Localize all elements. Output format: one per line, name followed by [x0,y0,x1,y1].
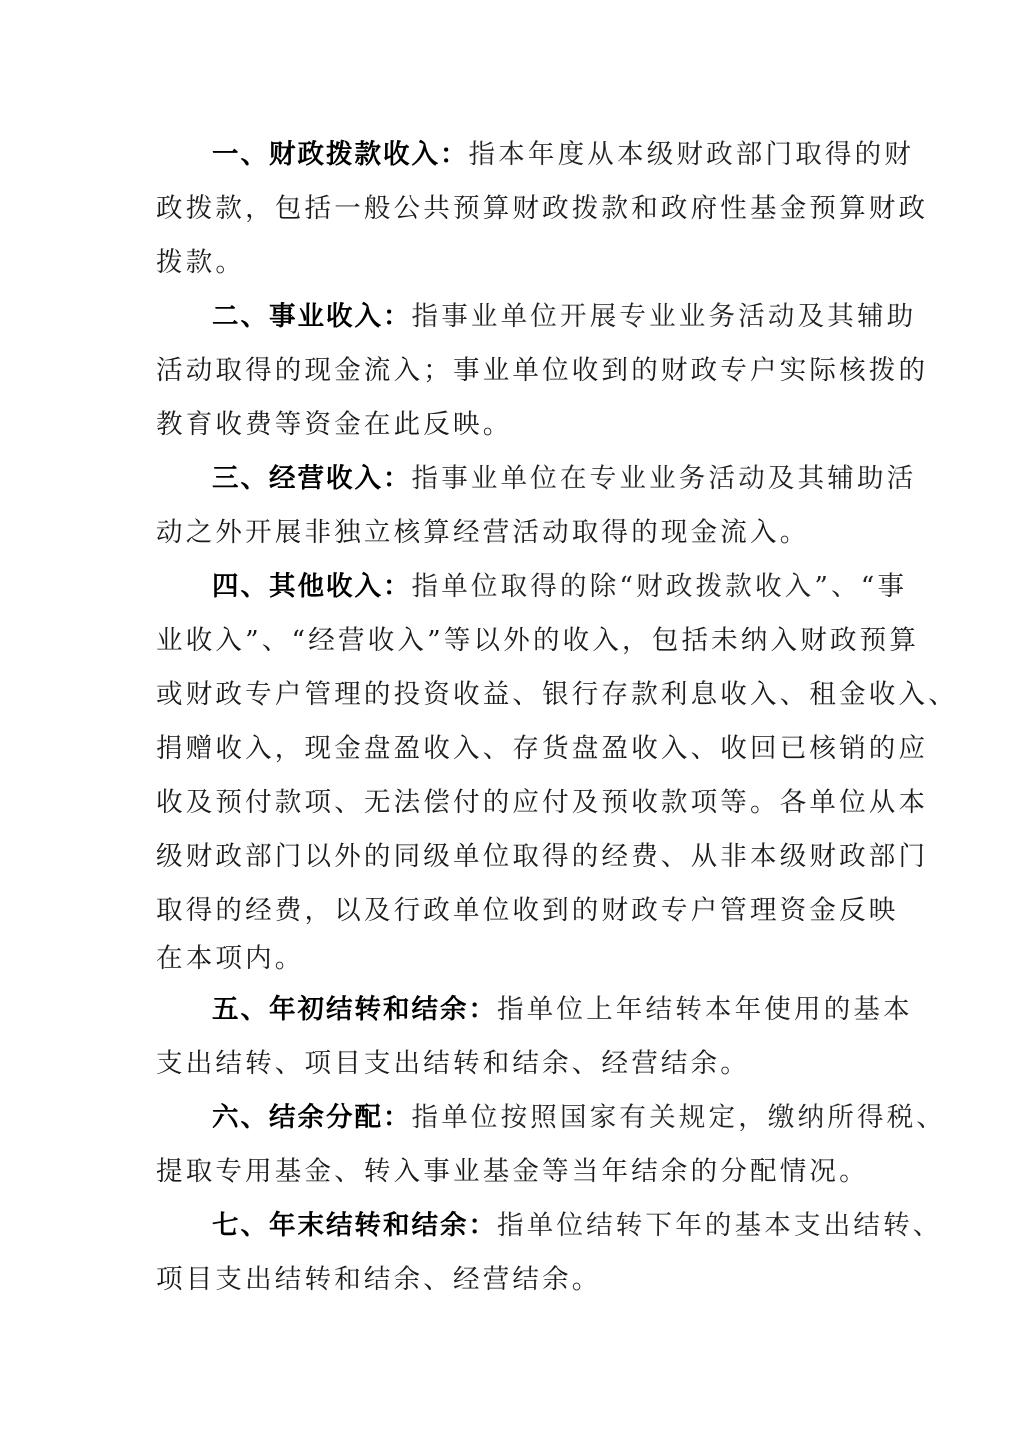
section-4-line-7: 取得的经费，以及行政单位收到的财政专户管理资金反映 [156,884,899,938]
section-1-line-3: 拨款。 [156,236,245,290]
section-5-line-2: 支出结转、项目支出结转和结余、经营结余。 [156,1037,750,1091]
section-5-line-1: 五、年初结转和结余：指单位上年结转本年使用的基本 [212,983,913,1037]
section-1-term: 一、财政拨款收入： [212,139,469,170]
section-2-line-3: 教育收费等资金在此反映。 [156,398,512,452]
section-4-line-2: 业收入”、“经营收入”等以外的收入，包括未纳入财政预算 [156,614,919,668]
section-4-line-5: 收及预付款项、无法偿付的应付及预收款项等。各单位从本 [156,776,928,830]
section-1-line-2: 政拨款，包括一般公共预算财政拨款和政府性基金预算财政 [156,182,928,236]
section-4-line-4: 捐赠收入，现金盘盈收入、存货盘盈收入、收回已核销的应 [156,722,928,776]
section-6-line-2: 提取专用基金、转入事业基金等当年结余的分配情况。 [156,1145,869,1199]
section-5-text: 指单位上年结转本年使用的基本 [497,994,913,1025]
section-7-text: 指单位结转下年的基本支出结转、 [497,1210,943,1241]
section-3-term: 三、经营收入： [212,463,412,494]
section-7-term: 七、年末结转和结余： [212,1210,497,1241]
section-3-line-2: 动之外开展非独立核算经营活动取得的现金流入。 [156,506,809,560]
section-4-term: 四、其他收入： [212,571,412,602]
section-2-line-1: 二、事业收入：指事业单位开展专业业务活动及其辅助 [212,290,916,344]
section-6-term: 六、结余分配： [212,1102,412,1133]
section-2-line-2: 活动取得的现金流入；事业单位收到的财政专户实际核拨的 [156,344,928,398]
section-6-text: 指单位按照国家有关规定，缴纳所得税、 [412,1102,947,1133]
section-5-term: 五、年初结转和结余： [212,994,497,1025]
section-4-line-1: 四、其他收入：指单位取得的除“财政拨款收入”、“事 [212,560,907,614]
section-3-line-1: 三、经营收入：指事业单位在专业业务活动及其辅助活 [212,452,916,506]
section-3-text: 指事业单位在专业业务活动及其辅助活 [412,463,917,494]
section-4-line-6: 级财政部门以外的同级单位取得的经费、从非本级财政部门 [156,830,928,884]
section-4-line-3: 或财政专户管理的投资收益、银行存款利息收入、租金收入、 [156,668,958,722]
section-1-text: 指本年度从本级财政部门取得的财 [469,139,915,170]
section-7-line-2: 项目支出结转和结余、经营结余。 [156,1253,602,1307]
section-1-line-1: 一、财政拨款收入：指本年度从本级财政部门取得的财 [212,128,914,182]
section-4-text: 指单位取得的除“财政拨款收入”、“事 [412,571,908,602]
section-2-text: 指事业单位开展专业业务活动及其辅助 [412,301,917,332]
section-6-line-1: 六、结余分配：指单位按照国家有关规定，缴纳所得税、 [212,1091,946,1145]
section-4-line-8: 在本项内。 [156,932,305,986]
section-7-line-1: 七、年末结转和结余：指单位结转下年的基本支出结转、 [212,1199,943,1253]
section-2-term: 二、事业收入： [212,301,412,332]
